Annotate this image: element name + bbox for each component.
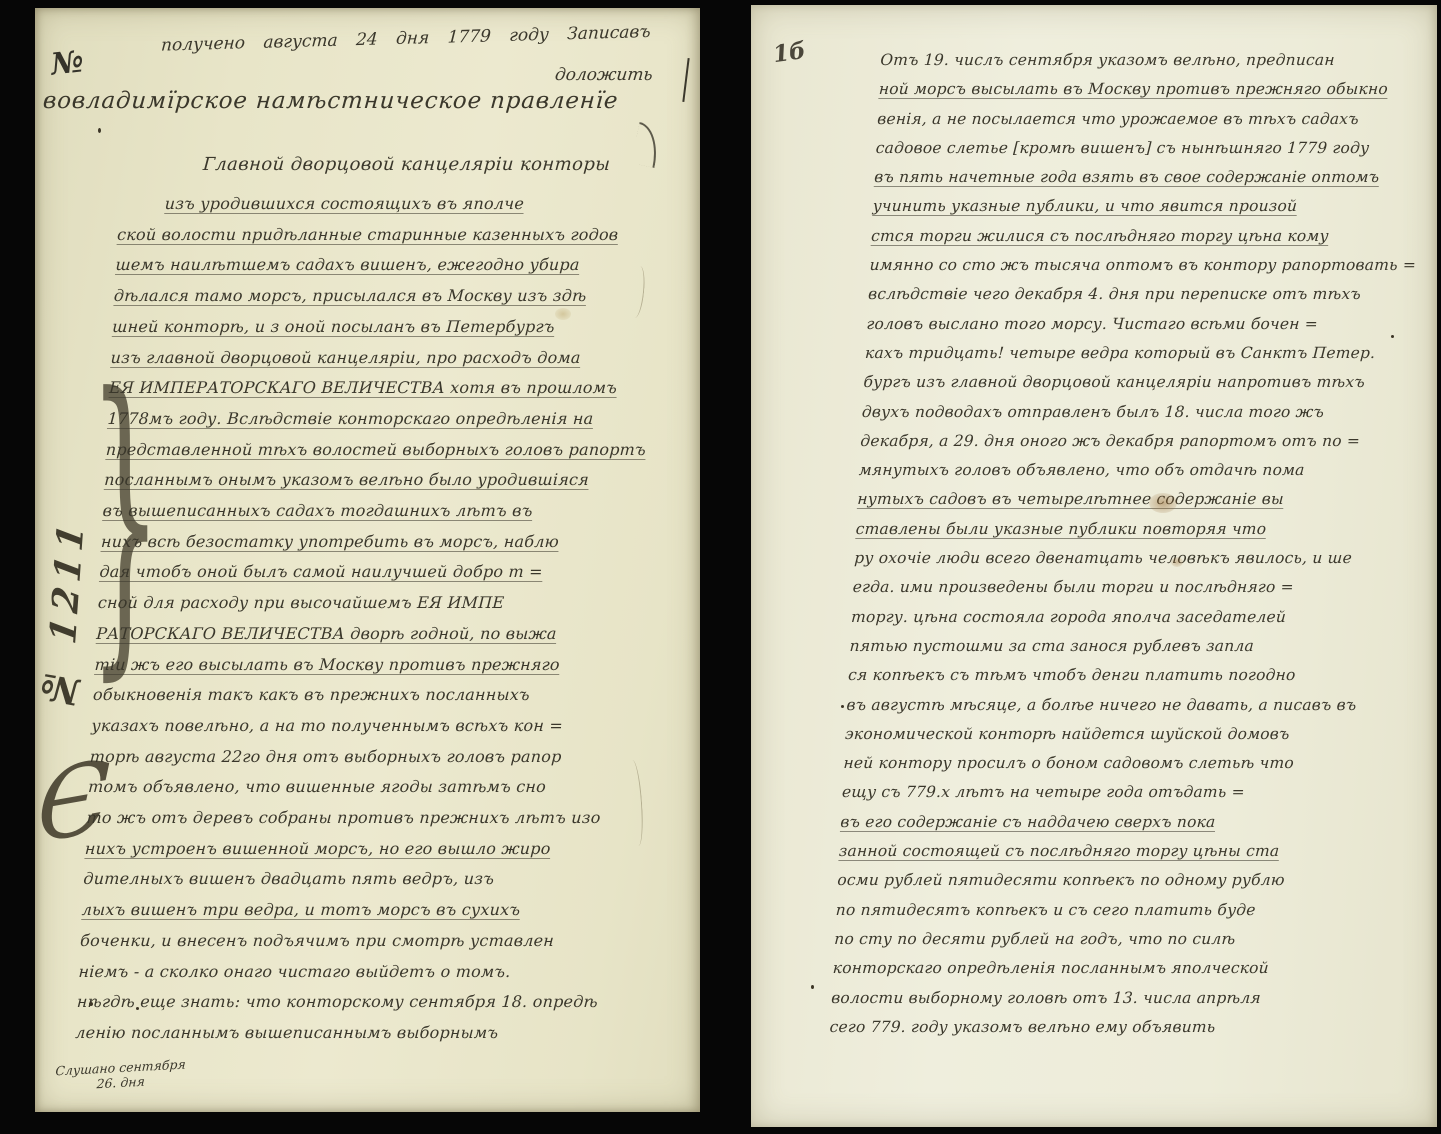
folio-number: 1б — [771, 37, 807, 68]
manuscript-line: имянно со сто жъ тысяча оптомъ въ контор… — [869, 251, 1441, 280]
manuscript-line: торгу. цѣна состояла города яполча засед… — [850, 603, 1427, 632]
manuscript-line: въ его содержаніе съ наддачею сверхъ пок… — [840, 808, 1417, 837]
manuscript-line: ленію посланнымъ вышеписаннымъ выборнымъ — [74, 1018, 661, 1049]
number-sign-mark: № — [49, 44, 85, 82]
ink-speck — [811, 985, 814, 989]
manuscript-line: ской волости придѣланные старинные казен… — [116, 220, 703, 251]
manuscript-line: посланнымъ онымъ указомъ велѣно было уро… — [103, 465, 690, 496]
manuscript-line: кахъ тридцать! четыре ведра который въ С… — [864, 339, 1441, 368]
manuscript-line: дѣлался тамо морсъ, присылался въ Москву… — [113, 281, 700, 312]
manuscript-line: дая чтобъ оной былъ самой наилучшей добр… — [99, 557, 686, 588]
manuscript-line: головъ выслано того морсу. Чистаго всѣми… — [866, 310, 1441, 339]
manuscript-page-left: № получено августа 24 дня 1779 году Запи… — [35, 8, 700, 1112]
ink-speck — [98, 128, 101, 133]
manuscript-line: пятью пустошми за ста занося рублевъ зап… — [849, 632, 1426, 661]
manuscript-line: по пятидесятъ копѣекъ и съ сего платить … — [835, 896, 1412, 925]
manuscript-line: стся торги жилися съ послѣдняго торгу цѣ… — [870, 222, 1441, 251]
manuscript-line: осми рублей пятидесяти копѣекъ по одному… — [837, 866, 1414, 895]
manuscript-line: конторскаго опредѣленія посланнымъ яполч… — [832, 954, 1409, 983]
manuscript-line: Отъ 19. числъ сентября указомъ велѣно, п… — [880, 46, 1441, 75]
received-date-note: получено августа 24 дня 1779 году Записа… — [161, 20, 707, 55]
manuscript-line: мянутыхъ головъ объявлено, что объ отдач… — [858, 456, 1435, 485]
manuscript-line: сной для расходу при высочайшемъ ЕЯ ИМПЕ — [97, 588, 684, 619]
manuscript-line: двухъ подводахъ отправленъ былъ 18. числ… — [861, 398, 1438, 427]
manuscript-line: 1778мъ году. Вслѣдствіе конторскаго опре… — [107, 404, 694, 435]
manuscript-body-right: Отъ 19. числъ сентября указомъ велѣно, п… — [829, 46, 1441, 1042]
manuscript-line: ещу съ 779.х лѣтъ на четыре года отъдать… — [841, 778, 1418, 807]
manuscript-line: обыкновенія такъ какъ въ прежнихъ послан… — [92, 680, 679, 711]
manuscript-line: нихъ устроенъ вишенной морсъ, но его выш… — [84, 834, 671, 865]
report-note: доложить — [554, 65, 654, 85]
manuscript-line: представленной тѣхъ волостей выборныхъ г… — [105, 435, 692, 466]
manuscript-line: шемъ наилѣтшемъ садахъ вишенъ, ежегодно … — [115, 250, 702, 281]
manuscript-line: экономической конторѣ найдется шуйской д… — [844, 720, 1421, 749]
manuscript-line: нѣгдѣ еще знать: что конторскому сентябр… — [76, 987, 663, 1018]
address-heading: вовладимїрское намѣстническое правленїе — [42, 88, 694, 114]
manuscript-line: ніемъ - а сколко онаго чистаго выйдетъ о… — [78, 957, 665, 988]
manuscript-line: дителныхъ вишенъ двадцать пять ведръ, из… — [83, 864, 670, 895]
manuscript-line: бургъ изъ главной дворцовой канцеляріи н… — [863, 368, 1440, 397]
manuscript-line: егда. ими произведены были торги и послѣ… — [852, 573, 1429, 602]
ink-speck — [841, 705, 844, 708]
manuscript-line: РАТОРСКАГО ВЕЛИЧЕСТВА дворѣ годной, по в… — [95, 619, 682, 650]
manuscript-line: садовое слетье [кромѣ вишенъ] съ нынѣшня… — [875, 134, 1441, 163]
manuscript-page-right: 1б Отъ 19. числъ сентября указомъ велѣно… — [751, 5, 1437, 1127]
manuscript-line: боченки, и внесенъ подъячимъ при смотрѣ … — [79, 926, 666, 957]
manuscript-line: занной состоящей съ послѣдняго торгу цѣн… — [838, 837, 1415, 866]
manuscript-line: ся копѣекъ съ тѣмъ чтобъ денги платить п… — [847, 661, 1424, 690]
manuscript-line: ЕЯ ИМПЕРАТОРСКАГО ВЕЛИЧЕСТВА хотя въ про… — [108, 373, 695, 404]
manuscript-line: по сту по десяти рублей на годъ, что по … — [834, 925, 1411, 954]
manuscript-line: изъ главной дворцовой канцеляріи, про ра… — [110, 343, 697, 374]
manuscript-line: венія, а не посылается что урожаемое въ … — [876, 105, 1441, 134]
sender-heading: Главной дворцовой канцеляріи конторы — [202, 154, 683, 175]
manuscript-line: тіи жъ его высылать въ Москву противъ пр… — [94, 650, 681, 681]
manuscript-line: шней конторѣ, и з оной посыланъ въ Петер… — [111, 312, 698, 343]
manuscript-line: въ пять начетные года взять въ свое соде… — [873, 163, 1441, 192]
manuscript-line: вслѣдствіе чего декабря 4. дня при переп… — [867, 280, 1441, 309]
manuscript-line: въ августѣ мѣсяце, а болѣе ничего не дав… — [846, 691, 1423, 720]
manuscript-line: ной морсъ высылать въ Москву противъ пре… — [878, 75, 1441, 104]
clerk-footer-note: Слушано сентября 26. дня — [54, 1057, 186, 1094]
manuscript-line: волости выборному головѣ отъ 13. числа а… — [830, 984, 1407, 1013]
manuscript-line: нутыхъ садовъ въ четырелѣтнее содержаніе… — [857, 485, 1434, 514]
manuscript-line: учинить указные публики, и что явится пр… — [872, 192, 1441, 221]
manuscript-line: лыхъ вишенъ три ведра, и тотъ морсъ въ с… — [81, 895, 668, 926]
manuscript-line: то жъ отъ деревъ собраны противъ прежних… — [86, 803, 673, 834]
manuscript-scan: № получено августа 24 дня 1779 году Запи… — [0, 0, 1441, 1134]
manuscript-line: изъ уродившихся состоящихъ въ яполче — [118, 189, 705, 220]
manuscript-body-left: изъ уродившихся состоящихъ въ яполческой… — [74, 189, 704, 1049]
manuscript-line: томъ объявлено, что вишенные ягоды затѣм… — [87, 772, 674, 803]
manuscript-line: указахъ повелѣно, а на то полученнымъ вс… — [91, 711, 678, 742]
manuscript-line: нихъ всѣ безостатку употребить въ морсъ,… — [100, 527, 687, 558]
manuscript-line: декабря, а 29. дня оного жъ декабря рапо… — [860, 427, 1437, 456]
manuscript-line: ней контору просилъ о боном садовомъ сле… — [843, 749, 1420, 778]
manuscript-line: сего 779. году указомъ велѣно ему объяви… — [829, 1013, 1406, 1042]
manuscript-line: въ вышеписанныхъ садахъ тогдашнихъ лѣтъ … — [102, 496, 689, 527]
manuscript-line: торѣ августа 22го дня отъ выборныхъ голо… — [89, 742, 676, 773]
manuscript-line: ставлены были указные публики повторяя ч… — [855, 515, 1432, 544]
manuscript-line: ру охочіе люди всего двенатцать человѣкъ… — [853, 544, 1430, 573]
